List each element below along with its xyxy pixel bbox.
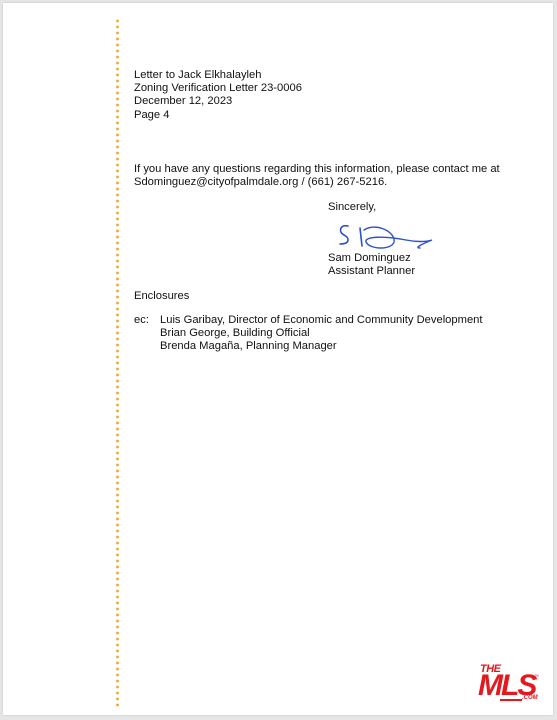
document-page: Letter to Jack Elkhalayleh Zoning Verifi… [3,3,553,715]
logo-trademark: ™ [534,674,539,680]
closing: Sincerely, [328,201,376,214]
ec-recipient-list: Luis Garibay, Director of Economic and C… [160,314,483,354]
ec-recipient: Brian George, Building Official [160,327,483,340]
signer-title: Assistant Planner [328,265,415,278]
paragraph-line-1: If you have any questions regarding this… [134,163,500,176]
header-subject: Zoning Verification Letter 23-0006 [134,82,302,95]
contact-paragraph: If you have any questions regarding this… [134,163,500,189]
margin-dotted-line [116,18,119,708]
ec-recipient: Luis Garibay, Director of Economic and C… [160,314,483,327]
header-recipient: Letter to Jack Elkhalayleh [134,69,302,82]
logo-com-text: .COM [522,695,538,701]
signer-block: Sam Dominguez Assistant Planner [328,252,415,278]
ec-recipient: Brenda Magaña, Planning Manager [160,340,483,353]
logo-underline [500,699,522,701]
signature-icon [336,220,436,256]
the-mls-logo: THE MLS ™ .COM [478,660,540,710]
header-page: Page 4 [134,109,302,122]
signer-name: Sam Dominguez [328,252,415,265]
ec-label: ec: [134,314,149,327]
letter-header: Letter to Jack Elkhalayleh Zoning Verifi… [134,69,302,122]
enclosures-label: Enclosures [134,290,189,303]
paragraph-line-2: Sdominguez@cityofpalmdale.org / (661) 26… [134,176,500,189]
header-date: December 12, 2023 [134,95,302,108]
